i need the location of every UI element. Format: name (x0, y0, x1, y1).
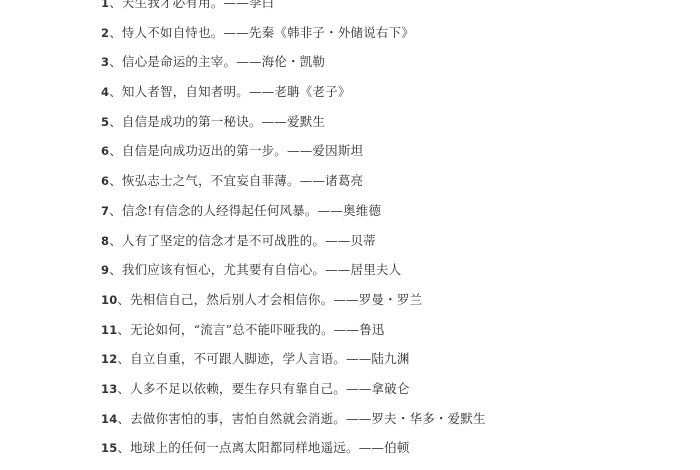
quote-item: 5、自信是成功的第一秘诀。——爱默生 (101, 107, 486, 137)
quote-text: 信心是命运的主宰。 (122, 54, 236, 69)
quote-author: ——老聃《老子》 (249, 84, 351, 99)
quote-number: 9 (101, 263, 109, 277)
quote-author: ——李白 (224, 0, 275, 10)
quote-item: 13、人多不足以依赖，要生存只有靠自己。——拿破仑 (101, 374, 486, 404)
quote-item: 4、知人者智，自知者明。——老聃《老子》 (101, 77, 486, 107)
document-page: 1、天生我才必有用。——李白 2、恃人不如自恃也。——先秦《韩非子・外储说右下》… (0, 0, 700, 470)
quote-item: 10、先相信自己，然后别人才会相信你。——罗曼・罗兰 (101, 285, 486, 315)
quote-separator: 、 (117, 381, 130, 396)
quote-author: ——鲁迅 (334, 322, 385, 337)
quote-number: 3 (101, 55, 109, 69)
quote-number: 4 (101, 85, 109, 99)
quote-item: 6、恢弘志士之气，不宜妄自菲薄。——诸葛亮 (101, 166, 486, 196)
quote-number: 5 (101, 115, 109, 129)
quote-item: 11、无论如何，“流言”总不能吓哑我的。——鲁迅 (101, 315, 486, 345)
quote-item: 6、自信是向成功迈出的第一步。——爱因斯坦 (101, 136, 486, 166)
quote-text: 恃人不如自恃也。 (122, 25, 224, 40)
quote-number: 6 (101, 174, 109, 188)
quote-separator: 、 (117, 292, 130, 307)
quote-text: 先相信自己，然后别人才会相信你。 (130, 292, 333, 307)
quote-text: 天生我才必有用。 (122, 0, 224, 10)
quote-number: 13 (101, 382, 117, 396)
quote-author: ——居里夫人 (325, 262, 401, 277)
quote-separator: 、 (117, 440, 130, 455)
quote-separator: 、 (109, 84, 122, 99)
quote-separator: 、 (117, 322, 130, 337)
quote-separator: 、 (109, 25, 122, 40)
quote-separator: 、 (109, 203, 122, 218)
quote-text: 知人者智，自知者明。 (122, 84, 249, 99)
quote-separator: 、 (109, 54, 122, 69)
quote-item: 9、我们应该有恒心，尤其要有自信心。——居里夫人 (101, 255, 486, 285)
quote-author: ——陆九渊 (346, 351, 410, 366)
quote-item: 8、人有了坚定的信念才是不可战胜的。——贝蒂 (101, 226, 486, 256)
quote-text: 恢弘志士之气，不宜妄自菲薄。 (122, 173, 300, 188)
quote-text: 无论如何，“流言”总不能吓哑我的。 (130, 322, 334, 337)
quote-author: ——伯顿 (359, 440, 410, 455)
quote-separator: 、 (117, 351, 130, 366)
quote-item: 2、恃人不如自恃也。——先秦《韩非子・外储说右下》 (101, 18, 486, 48)
quote-text: 自立自重，不可跟人脚迹，学人言语。 (130, 351, 346, 366)
quote-author: ——贝蒂 (325, 233, 376, 248)
quote-item: 3、信心是命运的主宰。——海伦・凯勒 (101, 47, 486, 77)
quote-author: ——诸葛亮 (300, 173, 364, 188)
quote-number: 6 (101, 144, 109, 158)
quote-item: 14、去做你害怕的事，害怕自然就会消逝。——罗夫・华多・爱默生 (101, 404, 486, 434)
quote-number: 15 (101, 441, 117, 455)
quote-text: 我们应该有恒心，尤其要有自信心。 (122, 262, 325, 277)
quote-author: ——海伦・凯勒 (236, 54, 325, 69)
quote-number: 7 (101, 204, 109, 218)
quote-item: 15、地球上的任何一点离太阳都同样地遥远。——伯顿 (101, 433, 486, 463)
quote-number: 2 (101, 26, 109, 40)
quote-separator: 、 (109, 233, 122, 248)
quote-text: 自信是成功的第一秘诀。 (122, 114, 262, 129)
quote-separator: 、 (109, 262, 122, 277)
quote-author: ——罗夫・华多・爱默生 (346, 411, 486, 426)
quote-item: 12、自立自重，不可跟人脚迹，学人言语。——陆九渊 (101, 344, 486, 374)
quote-number: 14 (101, 412, 117, 426)
quote-text: 人有了坚定的信念才是不可战胜的。 (122, 233, 325, 248)
quote-text: 去做你害怕的事，害怕自然就会消逝。 (130, 411, 346, 426)
quote-number: 10 (101, 293, 117, 307)
quote-author: ——拿破仑 (346, 381, 410, 396)
quote-text: 信念!有信念的人经得起任何风暴。 (122, 203, 318, 218)
quote-list: 1、天生我才必有用。——李白 2、恃人不如自恃也。——先秦《韩非子・外储说右下》… (101, 0, 486, 463)
quote-author: ——爱因斯坦 (287, 143, 363, 158)
quote-author: ——先秦《韩非子・外储说右下》 (224, 25, 415, 40)
quote-separator: 、 (117, 411, 130, 426)
quote-number: 11 (101, 323, 117, 337)
quote-number: 1 (101, 0, 109, 10)
quote-separator: 、 (109, 173, 122, 188)
quote-separator: 、 (109, 143, 122, 158)
quote-author: ——奥维德 (318, 203, 382, 218)
quote-number: 12 (101, 352, 117, 366)
quote-item: 1、天生我才必有用。——李白 (101, 0, 486, 18)
quote-number: 8 (101, 234, 109, 248)
quote-text: 地球上的任何一点离太阳都同样地遥远。 (130, 440, 359, 455)
quote-text: 人多不足以依赖，要生存只有靠自己。 (130, 381, 346, 396)
quote-author: ——罗曼・罗兰 (333, 292, 422, 307)
quote-author: ——爱默生 (262, 114, 326, 129)
quote-item: 7、信念!有信念的人经得起任何风暴。——奥维德 (101, 196, 486, 226)
quote-separator: 、 (109, 0, 122, 10)
quote-text: 自信是向成功迈出的第一步。 (122, 143, 287, 158)
quote-separator: 、 (109, 114, 122, 129)
